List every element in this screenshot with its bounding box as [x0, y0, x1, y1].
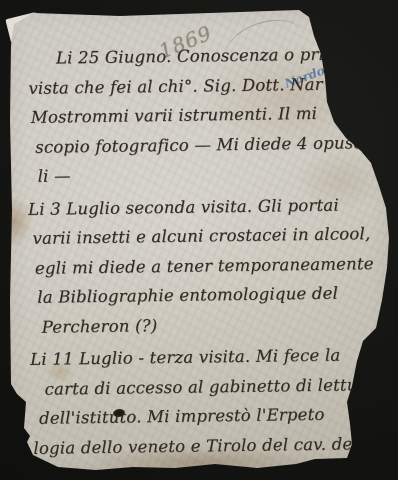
manuscript-line: carta di accesso al gabinetto di lettura: [44, 369, 398, 403]
manuscript-line: Li 25 Giugno. Conoscenza o pri: [56, 39, 398, 73]
photo-background: 1869 Nardo Li 25 Giugno. Conoscenza o pr…: [0, 0, 398, 480]
manuscript-line: li —: [37, 157, 398, 192]
manuscript-line: vista che fei al chi°. Sig. Dott. Nar: [28, 68, 398, 103]
manuscript-line: logia dello veneto e Tirolo del cav. de …: [33, 428, 398, 463]
manuscript-line: varii insetti e alcuni crostacei in alco…: [32, 219, 398, 254]
manuscript-line: Percheron (?): [42, 307, 398, 342]
manuscript-line: Mostrommi varii istrumenti. Il mi: [31, 98, 398, 133]
manuscript-paper: 1869 Nardo Li 25 Giugno. Conoscenza o pr…: [0, 0, 398, 480]
manuscript-text: Li 25 Giugno. Conoscenza o pri vista che…: [0, 0, 398, 463]
manuscript-line: scopio fotografico — Mi diede 4 opusco: [35, 127, 398, 162]
manuscript-line: egli mi diede a tener temporaneamente: [35, 248, 398, 283]
